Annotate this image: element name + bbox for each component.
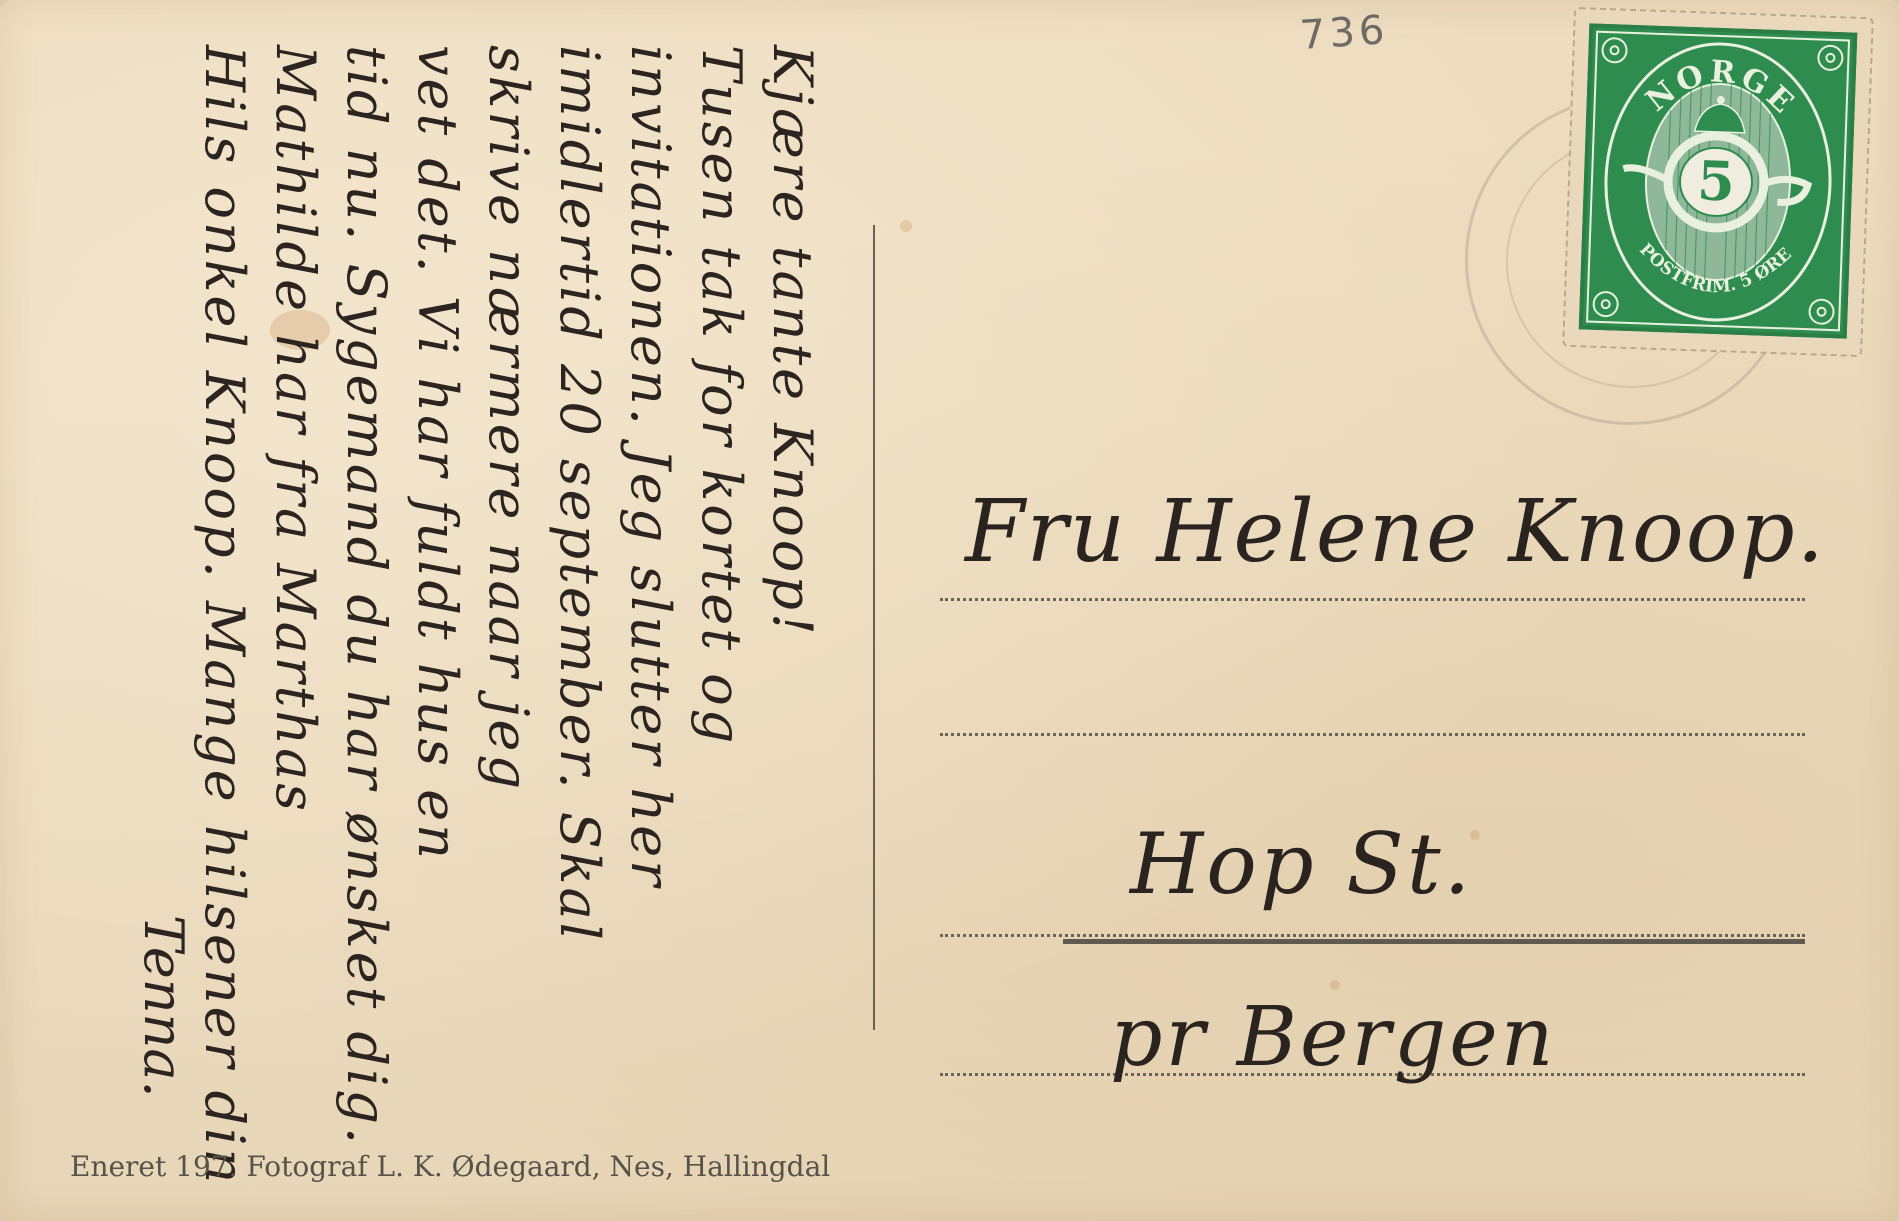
stamp-face: 5 NORGE POSTFRIM. 5 ØRE (1579, 23, 1858, 338)
message-line: tid nu. Sygemand du har ønsket dig. (331, 45, 402, 1125)
handwritten-message: Kjære tante Knoop! Tusen tak for kortet … (18, 45, 828, 1125)
age-stain (1330, 980, 1340, 990)
message-line: skrive nærmere naar jeg (473, 45, 544, 1125)
message-line: imidlertid 20 september. Skal (544, 45, 615, 1125)
message-line: Mathilde har fra Marthas (260, 45, 331, 1125)
vertical-divider (873, 225, 875, 1030)
recipient-street: Hop St. (1130, 815, 1473, 913)
address-solid-line (1063, 939, 1805, 944)
postcard: 736 (0, 0, 1899, 1221)
message-line: Hils onkel Knoop. Mange hilsener din (189, 45, 260, 1125)
pencil-inventory-number: 736 (1299, 7, 1390, 59)
recipient-name: Fru Helene Knoop. (965, 482, 1826, 582)
posthorn-stamp-icon: 5 NORGE POSTFRIM. 5 ØRE (1583, 28, 1853, 335)
address-line-1 (940, 598, 1805, 601)
address-line-3 (940, 934, 1805, 937)
address-line-2 (940, 733, 1805, 736)
postage-stamp: 5 NORGE POSTFRIM. 5 ØRE (1562, 7, 1874, 357)
message-line: Tusen tak for kortet og (686, 45, 757, 1125)
message-line: invitationen. Jeg slutter her (615, 45, 686, 1125)
message-line: Kjære tante Knoop! (757, 45, 828, 1125)
message-line: vet det. Vi har fuldt hus en (402, 45, 473, 1125)
publisher-imprint: Eneret 197. Fotograf L. K. Ødegaard, Nes… (70, 1150, 830, 1183)
recipient-city: pr Bergen (1110, 990, 1557, 1085)
age-stain (900, 220, 912, 232)
svg-text:5: 5 (1696, 148, 1736, 213)
